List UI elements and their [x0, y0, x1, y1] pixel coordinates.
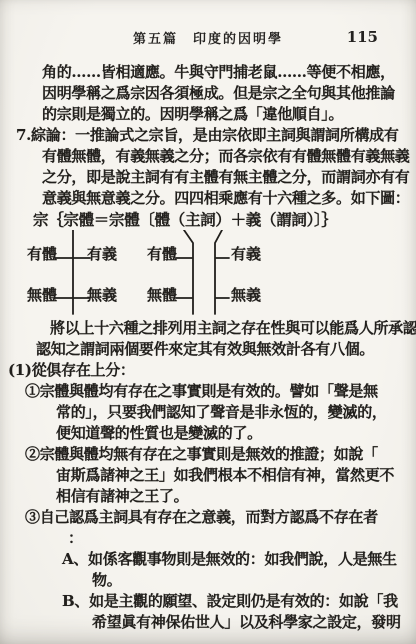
page-number: 115 — [347, 28, 378, 46]
text-line: 因明學稱之爲宗因各須極成。但是宗之全句與其他推論 — [0, 83, 416, 104]
scanned-book-page: 第五篇 印度的因明學 115 角的……皆相適應。牛與守門捕老鼠……等便不相應，因… — [0, 0, 416, 644]
diagram-label-left-youti: 有體 — [27, 247, 57, 262]
text-line: 希望眞有神保佑世人」以及科學家之設定，發明 — [0, 612, 416, 633]
text-line: 之分，即是說主詞有有主體有無主體之分，而謂詞亦有有 — [0, 167, 416, 188]
diagram-label-right-wuti: 無體 — [147, 288, 177, 303]
text-line: 宗｛宗體＝宗體〔體（主詞）＋義（謂詞）〕｝ — [0, 209, 416, 230]
text-line: ③自己認爲主詞具有存在之意義，而對方認爲不存在者 — [0, 507, 416, 528]
text-line: 7.綜論：一推論式之宗旨，是由宗依即主詞與謂詞所構成有 — [0, 125, 416, 146]
text-line: (1)從俱存在上分： — [0, 360, 416, 381]
text-line: A、如係客觀事物則是無效的：如我們說，人是無生 — [0, 549, 416, 570]
text-line: B、如是主觀的願望、設定則仍是有效的：如說「我 — [0, 591, 416, 612]
paragraph-block-bottom: 將以上十六種之排列用主詞之存在性與可以能爲人所承認認知之謂詞兩個要件來定其有效與… — [0, 318, 416, 633]
diagram-label-left-wuyi: 無義 — [87, 288, 117, 303]
body-text: 角的……皆相適應。牛與守門捕老鼠……等便不相應，因明學稱之爲宗因各須極成。但是宗… — [0, 62, 416, 633]
text-line: 認知之謂詞兩個要件來定其有效與無效計各有八個。 — [0, 339, 416, 360]
text-line: 將以上十六種之排列用主詞之存在性與可以能爲人所承認 — [0, 318, 416, 339]
diagram-label-right-wuyi: 無義 — [231, 288, 261, 303]
diagram-lines — [0, 230, 416, 318]
text-line: 宙斯爲諸神之王」如我們根本不相信有神，當然更不 — [0, 465, 416, 486]
text-line: 有體無體，有義無義之分；而各宗依有有體無體有義無義 — [0, 146, 416, 167]
text-line: ①宗體與體均有存在之事實則是有效的。譬如「聲是無 — [0, 381, 416, 402]
text-line: 常的」，只要我們認知了聲音是非永恆的，變滅的， — [0, 402, 416, 423]
text-line: 意義與無意義之分。四四相乘應有十六種之多。如下圖： — [0, 188, 416, 209]
text-line: 相信有諸神之王了。 — [0, 486, 416, 507]
diagram-label-right-youyi: 有義 — [231, 247, 261, 262]
text-line: ②宗體與體均無有存在之事實則是無效的推證；如說「 — [0, 444, 416, 465]
text-line: 角的……皆相適應。牛與守門捕老鼠……等便不相應， — [0, 62, 416, 83]
sixteen-types-diagram: 有體 有義 無體 無義 有體 有義 無體 無義 — [0, 230, 416, 318]
text-line: ： — [0, 528, 416, 549]
text-line: 便知道聲的性質也是變滅的了。 — [0, 423, 416, 444]
text-line: 的宗則是獨立的。因明學稱之爲「違他順自」。 — [0, 104, 416, 125]
diagram-label-left-wuti: 無體 — [27, 288, 57, 303]
page-header: 第五篇 印度的因明學 115 — [0, 28, 416, 50]
paragraph-block-top: 角的……皆相適應。牛與守門捕老鼠……等便不相應，因明學稱之爲宗因各須極成。但是宗… — [0, 62, 416, 230]
text-line: 物。 — [0, 570, 416, 591]
diagram-label-right-youti: 有體 — [147, 247, 177, 262]
diagram-label-left-youyi: 有義 — [87, 247, 117, 262]
